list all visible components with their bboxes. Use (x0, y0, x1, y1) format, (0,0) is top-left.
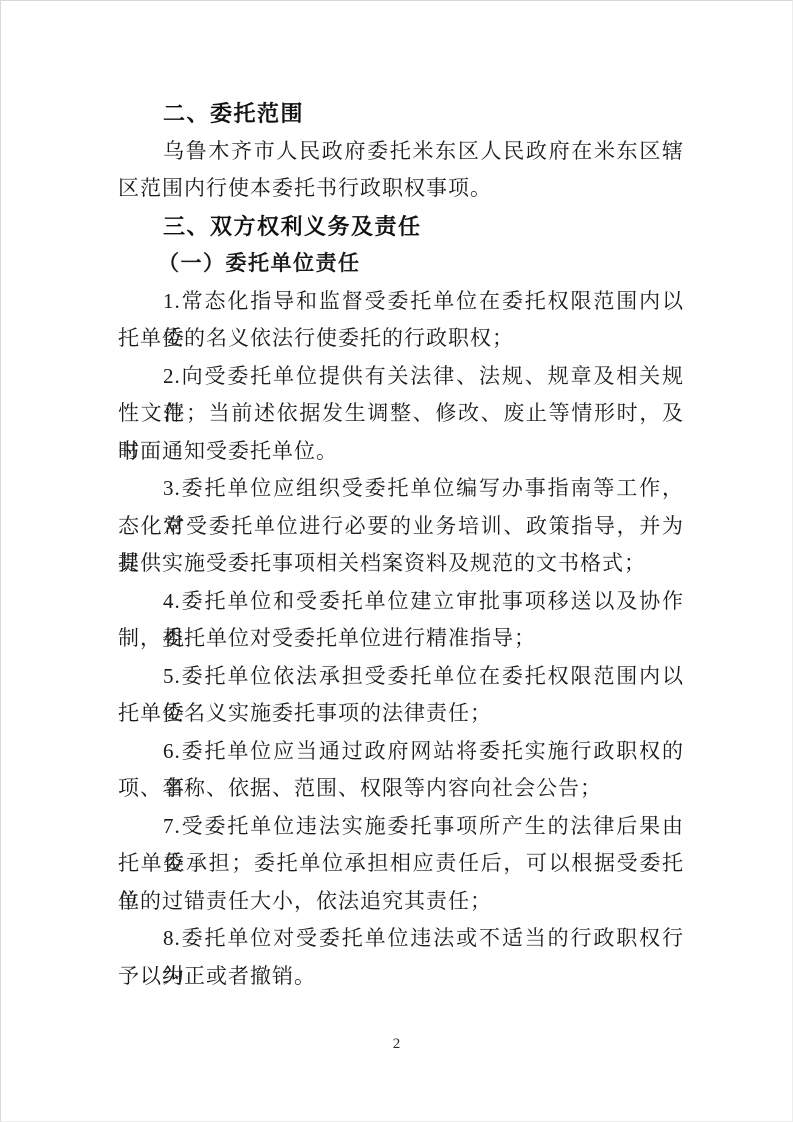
text-line: 项、名称、依据、范围、权限等内容向社会公告； (118, 770, 684, 808)
section-heading-scope: 二、委托范围 (118, 95, 684, 133)
list-item-8: 8.委托单位对受委托单位违法或不适当的行政职权行为 予以纠正或者撤销。 (118, 920, 684, 995)
paragraph-scope: 乌鲁木齐市人民政府委托米东区人民政府在米东区辖 区范围内行使本委托书行政职权事项… (118, 133, 684, 208)
text-line: 托单位名义实施委托事项的法律责任； (118, 695, 684, 733)
section-heading-rights-duties: 三、双方权利义务及责任 (118, 208, 684, 246)
text-line: 7.受委托单位违法实施委托事项所产生的法律后果由委 (118, 808, 684, 846)
text-line: 书面通知受委托单位。 (118, 433, 684, 471)
text-line: 托单位承担；委托单位承担相应责任后，可以根据受委托单 (118, 845, 684, 883)
list-item-1: 1.常态化指导和监督受委托单位在委托权限范围内以委 托单位的名义依法行使委托的行… (118, 283, 684, 358)
subsection-heading-entrusting-unit-duties: （一）委托单位责任 (118, 245, 684, 283)
list-item-4: 4.委托单位和受委托单位建立审批事项移送以及协作机 制，委托单位对受委托单位进行… (118, 583, 684, 658)
text-line: 1.常态化指导和监督受委托单位在委托权限范围内以委 (118, 283, 684, 321)
text-line: 托单位的名义依法行使委托的行政职权； (118, 320, 684, 358)
text-line: 性文件；当前述依据发生调整、修改、废止等情形时，及时 (118, 395, 684, 433)
text-line: 态化对受委托单位进行必要的业务培训、政策指导，并为其 (118, 508, 684, 546)
text-line: 提供实施受委托事项相关档案资料及规范的文书格式； (118, 545, 684, 583)
document-page: 二、委托范围 乌鲁木齐市人民政府委托米东区人民政府在米东区辖 区范围内行使本委托… (0, 0, 793, 1122)
text-line: 区范围内行使本委托书行政职权事项。 (118, 170, 684, 208)
text-line: 位的过错责任大小，依法追究其责任； (118, 883, 684, 921)
list-item-2: 2.向受委托单位提供有关法律、法规、规章及相关规范 性文件；当前述依据发生调整、… (118, 358, 684, 471)
text-line: 2.向受委托单位提供有关法律、法规、规章及相关规范 (118, 358, 684, 396)
text-line: 5.委托单位依法承担受委托单位在委托权限范围内以委 (118, 658, 684, 696)
list-item-7: 7.受委托单位违法实施委托事项所产生的法律后果由委 托单位承担；委托单位承担相应… (118, 808, 684, 921)
page-number: 2 (1, 1036, 792, 1053)
text-line: 6.委托单位应当通过政府网站将委托实施行政职权的事 (118, 733, 684, 771)
text-line: 予以纠正或者撤销。 (118, 958, 684, 996)
text-line: 乌鲁木齐市人民政府委托米东区人民政府在米东区辖 (118, 133, 684, 171)
list-item-6: 6.委托单位应当通过政府网站将委托实施行政职权的事 项、名称、依据、范围、权限等… (118, 733, 684, 808)
text-line: 4.委托单位和受委托单位建立审批事项移送以及协作机 (118, 583, 684, 621)
text-line: 制，委托单位对受委托单位进行精准指导； (118, 620, 684, 658)
text-line: 3.委托单位应组织受委托单位编写办事指南等工作，常 (118, 470, 684, 508)
list-item-5: 5.委托单位依法承担受委托单位在委托权限范围内以委 托单位名义实施委托事项的法律… (118, 658, 684, 733)
text-line: 8.委托单位对受委托单位违法或不适当的行政职权行为 (118, 920, 684, 958)
document-body: 二、委托范围 乌鲁木齐市人民政府委托米东区人民政府在米东区辖 区范围内行使本委托… (118, 95, 684, 995)
list-item-3: 3.委托单位应组织受委托单位编写办事指南等工作，常 态化对受委托单位进行必要的业… (118, 470, 684, 583)
